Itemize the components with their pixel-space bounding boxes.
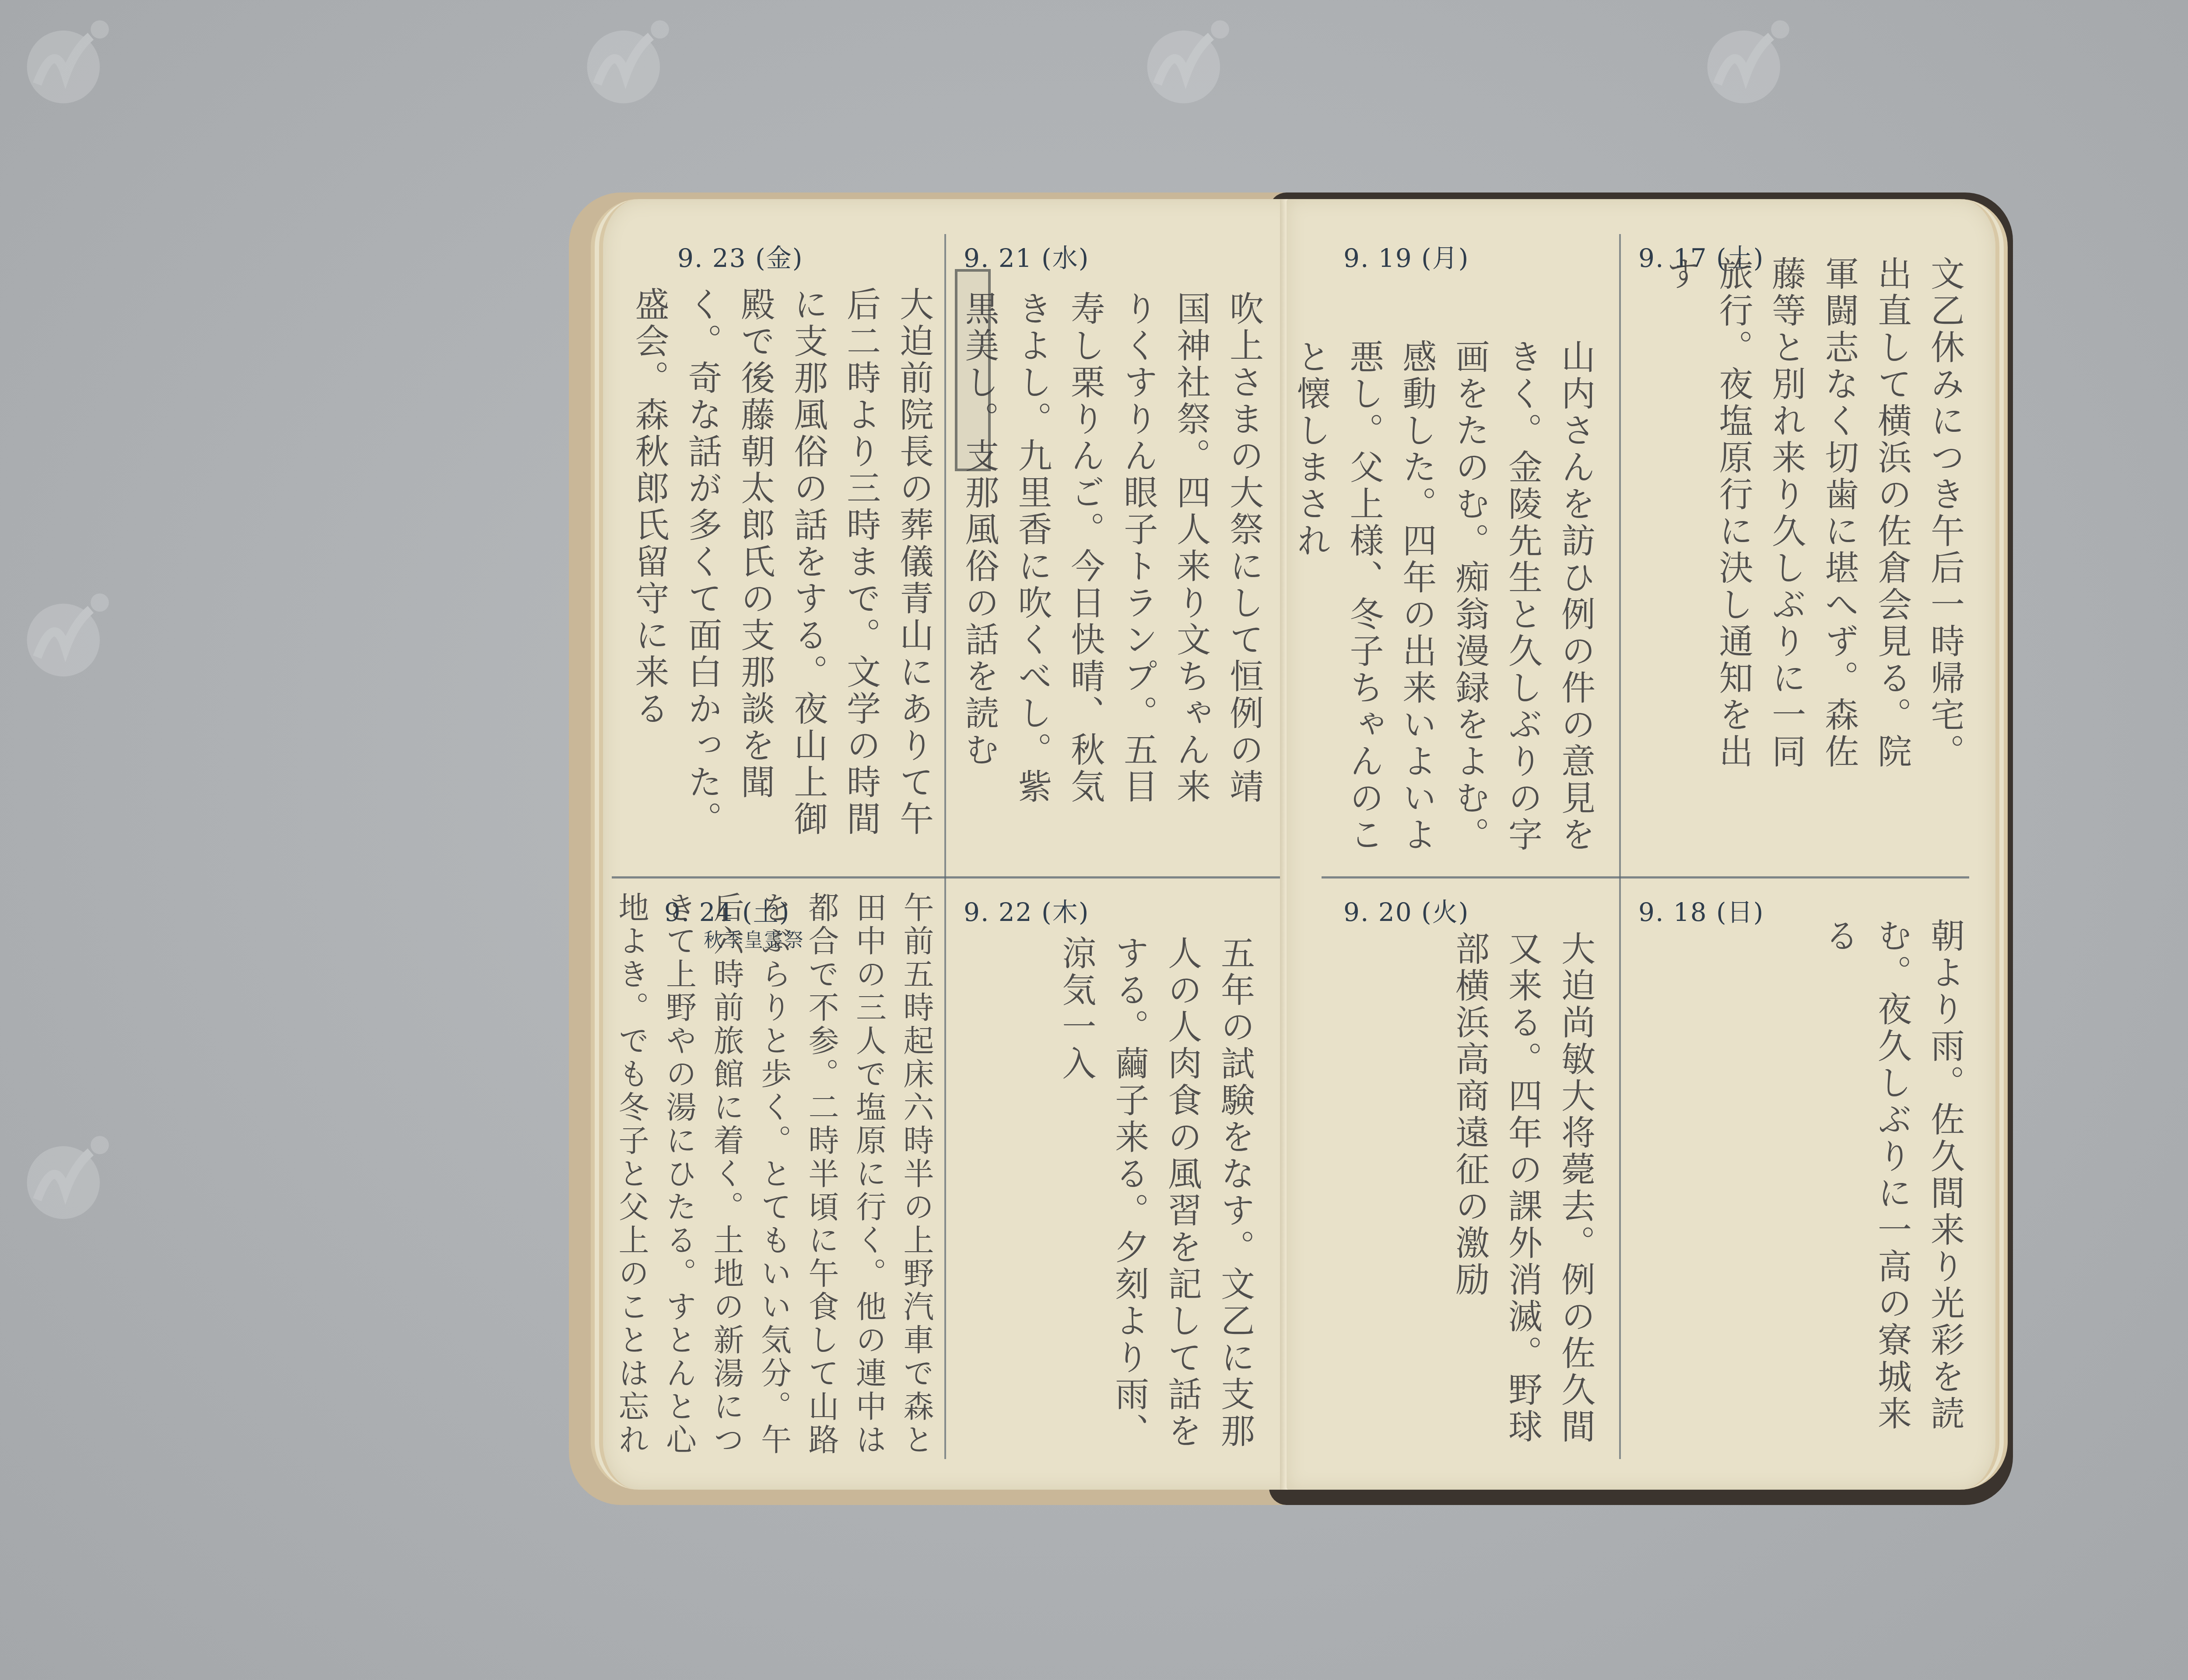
date-header: 9. 20 (火) bbox=[1343, 892, 1469, 928]
diary-entry-text: 吹上さまの大祭にして恒例の靖国神社祭。四人来り文ちゃん来りくすりん眼子トランプ。… bbox=[990, 291, 1270, 838]
date-header: 9. 23 (金) bbox=[677, 238, 803, 274]
day-cell-0921: 9. 21 (水) 吹上さまの大祭にして恒例の靖国神社祭。四人来り文ちゃん来りく… bbox=[946, 199, 1296, 876]
diary-entry-text: 五年の試験をなす。文乙に支那人の人肉食の風習を記して話をする。繭子来る。夕刻より… bbox=[1060, 935, 1261, 1482]
day-cell-0920: 9. 20 (火) 大迫尚敏大将薨去。例の佐久間又来る。四年の課外消滅。野球部横… bbox=[1287, 878, 1619, 1490]
diary-entry-text: 文乙休みにつき午后一時帰宅。出直して横浜の佐倉会見る。院軍闘志なく切歯に堪へず。… bbox=[1726, 256, 1971, 803]
diary-entry-text: 午前五時起床六時半の上野汽車で森と田中の三人で塩原に行く。他の連中は都合で不参。… bbox=[616, 892, 940, 1460]
day-cell-0918: 9. 18 (日) 朝より雨。佐久間来り光彩を読む。夜久しぶりに一高の寮城来る bbox=[1621, 878, 1984, 1490]
watermark-logo-icon bbox=[9, 4, 123, 118]
day-cell-0917: 9. 17 (土) 文乙休みにつき午后一時帰宅。出直して横浜の佐倉会見る。院軍闘… bbox=[1621, 199, 1984, 876]
date-header: 9. 18 (日) bbox=[1638, 892, 1764, 928]
day-cell-0923: 9. 23 (金) 大迫前院長の葬儀青山にありて午后二時より三時まで。文学の時間… bbox=[603, 199, 944, 876]
day-cell-0924: 9. 24 (土) 秋季皇霊祭 午前五時起床六時半の上野汽車で森と田中の三人で塩… bbox=[603, 878, 944, 1490]
right-page: 9. 19 (月) 山内さんを訪ひ例の件の意見をきく。金陵先生と久しぶりの字画を… bbox=[1287, 199, 2008, 1490]
diary-entry-text: 山内さんを訪ひ例の件の意見をきく。金陵先生と久しぶりの字画をたのむ。痴翁漫録をよ… bbox=[1374, 339, 1602, 855]
left-page: 9. 23 (金) 大迫前院長の葬儀青山にありて午后二時より三時まで。文学の時間… bbox=[591, 199, 1299, 1490]
watermark-logo-icon bbox=[1689, 4, 1803, 118]
diary-entry-text: 大迫前院長の葬儀青山にありて午后二時より三時まで。文学の時間に支那風俗の話をする… bbox=[651, 287, 940, 855]
diary-entry-text: 朝より雨。佐久間来り光彩を読む。夜久しぶりに一高の寮城来る bbox=[1813, 918, 1971, 1465]
date-header: 9. 22 (木) bbox=[964, 892, 1089, 928]
day-cell-0922: 9. 22 (木) 五年の試験をなす。文乙に支那人の人肉食の風習を記して話をする… bbox=[946, 878, 1296, 1490]
diary-entry-text: 大迫尚敏大将薨去。例の佐久間又来る。四年の課外消滅。野球部横浜高商遠征の激励 bbox=[1418, 931, 1602, 1478]
date-header: 9. 19 (月) bbox=[1343, 238, 1469, 274]
day-cell-0919: 9. 19 (月) 山内さんを訪ひ例の件の意見をきく。金陵先生と久しぶりの字画を… bbox=[1287, 199, 1619, 876]
watermark-logo-icon bbox=[9, 577, 123, 691]
watermark-logo-icon bbox=[569, 4, 683, 118]
watermark-logo-icon bbox=[1129, 4, 1243, 118]
watermark-logo-icon bbox=[9, 1120, 123, 1234]
